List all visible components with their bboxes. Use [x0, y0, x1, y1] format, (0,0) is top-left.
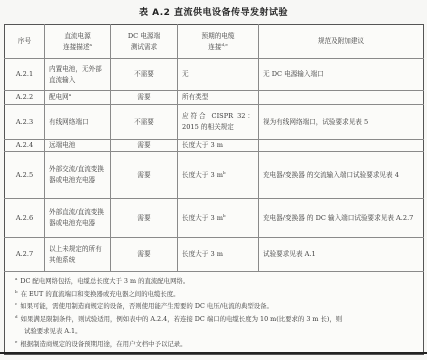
row-test-need: 需要 [111, 140, 178, 152]
footnote-ref: b [223, 170, 226, 175]
table-title: 表 A.2 直流供电设备传导发射试验 [0, 5, 427, 18]
footnote-marker: a [15, 276, 17, 281]
row-description: 有线网络端口 [45, 105, 111, 140]
footnote-text: 如果可能，需使用制造商规定的设备，否则使用能产生需要的 DC 电压/电流的典型设… [20, 302, 273, 310]
header-desc-line1: 直流电源 [64, 32, 90, 40]
row-note [259, 140, 424, 152]
footnote-marker: d [15, 314, 18, 319]
row-test-need: 不需要 [111, 105, 178, 140]
row-cable: 长度大于 3 mb [178, 152, 259, 199]
row-cable-text: 长度大于 3 m [182, 214, 223, 222]
header-desc-line2: 连接描述 [63, 43, 89, 51]
table-row: A.2.2 配电网a 需要 所有类型 [5, 91, 424, 105]
row-description: 内置电池，无外部直流输入 [45, 59, 111, 91]
footnote-e: e根据制造商规定的设备预期用途，在用户文档中予以记录。 [15, 338, 415, 351]
table-row: A.2.1 内置电池，无外部直流输入 不需要 无 无 DC 电源输入端口 [5, 59, 424, 91]
row-id: A.2.3 [5, 105, 45, 140]
row-cable: 长度大于 3 m [178, 238, 259, 272]
row-description: 外部交流/直流变换器或电池充电器 [45, 152, 111, 199]
table-row: A.2.4 远端电池 需要 长度大于 3 m [5, 140, 424, 152]
row-note: 试验要求见表 A.1 [259, 238, 424, 272]
footnote-b: b在 EUT 的直流端口和变换器或充电器之间的电缆长度。 [15, 288, 415, 301]
row-id: A.2.1 [5, 59, 45, 91]
row-id: A.2.5 [5, 152, 45, 199]
header-need-line2: 测试需求 [131, 43, 157, 51]
row-id: A.2.4 [5, 140, 45, 152]
footnote-marker: e [15, 339, 17, 344]
row-test-need: 需要 [111, 199, 178, 238]
footnote-c: c如果可能，需使用制造商规定的设备，否则使用能产生需要的 DC 电压/电流的典型… [15, 300, 415, 313]
header-spec-label: 规范及附加建议 [318, 37, 364, 45]
row-test-need: 需要 [111, 91, 178, 105]
row-note [259, 91, 424, 105]
header-need-line1: DC 电源端 [128, 32, 160, 40]
page-bottom-rule [0, 352, 427, 354]
dc-emission-table: 序号 直流电源连接描述a DC 电源端测试需求 预期的电缆连接d,e 规范及附加… [4, 24, 424, 355]
row-test-need: 不需要 [111, 59, 178, 91]
row-cable: 所有类型 [178, 91, 259, 105]
header-serial-label: 序号 [18, 37, 31, 45]
header-spec-advice: 规范及附加建议 [259, 25, 424, 59]
footnote-ref: a [89, 42, 91, 47]
table-row: A.2.6 外部直流/直流变换器或电池充电器 需要 长度大于 3 mb 充电器/… [5, 199, 424, 238]
row-note: 充电器/变换器 的 DC 输入端口试验要求见表 A.2.7 [259, 199, 424, 238]
footnote-text: 在 EUT 的直流端口和变换器或充电器之间的电缆长度。 [21, 290, 180, 298]
footnote-ref: b [223, 213, 226, 218]
row-id: A.2.6 [5, 199, 45, 238]
row-note: 无 DC 电源输入端口 [259, 59, 424, 91]
footnotes-row: aDC 配电网络包括，电缆总长度大于 3 m 的直流配电网络。 b在 EUT 的… [5, 272, 424, 355]
row-test-need: 需要 [111, 152, 178, 199]
row-description: 外部直流/直流变换器或电池充电器 [45, 199, 111, 238]
row-cable: 无 [178, 59, 259, 91]
footnote-d-continued: 试验要求见表 A.1。 [15, 325, 415, 338]
footnotes: aDC 配电网络包括，电缆总长度大于 3 m 的直流配电网络。 b在 EUT 的… [5, 272, 424, 355]
footnote-text: DC 配电网络包括，电缆总长度大于 3 m 的直流配电网络。 [20, 277, 189, 285]
footnote-marker: c [15, 301, 17, 306]
table-row: A.2.7 以上未规定的所有其他系统 需要 长度大于 3 m 试验要求见表 A.… [5, 238, 424, 272]
header-dc-description: 直流电源连接描述a [45, 25, 111, 59]
footnote-text: 如果满足限制条件，则试验适用，例如表中的 A.2.4，若连接 DC 端口的电缆长… [21, 315, 343, 323]
header-row: 序号 直流电源连接描述a DC 电源端测试需求 预期的电缆连接d,e 规范及附加… [5, 25, 424, 59]
footnote-ref: d,e [221, 42, 227, 47]
table-row: A.2.5 外部交流/直流变换器或电池充电器 需要 长度大于 3 mb 充电器/… [5, 152, 424, 199]
row-id: A.2.2 [5, 91, 45, 105]
row-description: 配电网a [45, 91, 111, 105]
header-cable-line1: 预期的电缆 [202, 32, 235, 40]
row-note: 视为有线网络端口，试验要求见表 5 [259, 105, 424, 140]
table-row: A.2.3 有线网络端口 不需要 应符合 CISPR 32：2015 的相关规定… [5, 105, 424, 140]
header-dc-test-need: DC 电源端测试需求 [111, 25, 178, 59]
footnote-ref: a [69, 92, 71, 97]
header-expected-cable: 预期的电缆连接d,e [178, 25, 259, 59]
footnote-text: 根据制造商规定的设备预期用途，在用户文档中予以记录。 [20, 340, 186, 348]
row-test-need: 需要 [111, 238, 178, 272]
footnote-marker: b [15, 289, 18, 294]
row-description: 以上未规定的所有其他系统 [45, 238, 111, 272]
row-note: 充电器/变换器 的交流输入端口试验要求见表 4 [259, 152, 424, 199]
header-cable-line2: 连接 [208, 43, 221, 51]
row-description: 远端电池 [45, 140, 111, 152]
row-id: A.2.7 [5, 238, 45, 272]
header-serial: 序号 [5, 25, 45, 59]
row-description-text: 配电网 [49, 93, 69, 101]
footnote-d: d如果满足限制条件，则试验适用，例如表中的 A.2.4，若连接 DC 端口的电缆… [15, 313, 415, 326]
footnote-a: aDC 配电网络包括，电缆总长度大于 3 m 的直流配电网络。 [15, 275, 415, 288]
row-cable: 长度大于 3 m [178, 140, 259, 152]
row-cable: 应符合 CISPR 32：2015 的相关规定 [178, 105, 259, 140]
row-cable-text: 长度大于 3 m [182, 171, 223, 179]
row-cable: 长度大于 3 mb [178, 199, 259, 238]
